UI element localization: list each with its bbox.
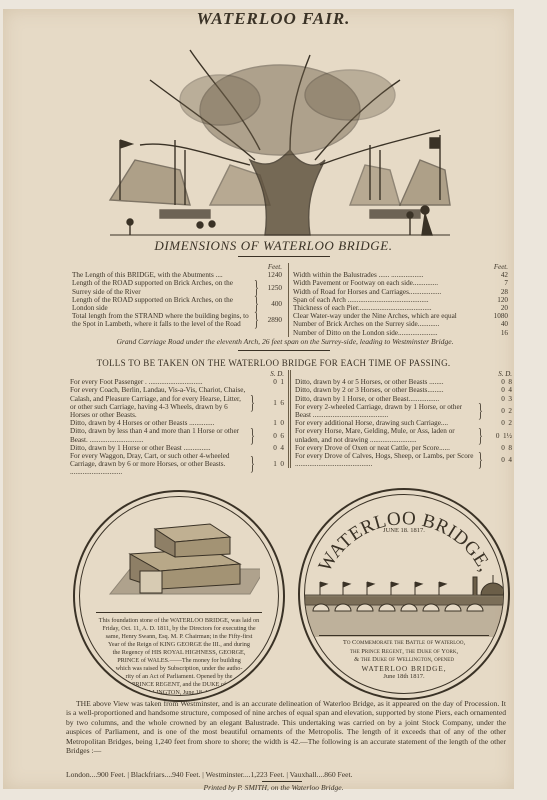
feet-column-header: Feet.: [293, 263, 508, 271]
dimension-row: Length of the ROAD supported on Brick Ar…: [72, 296, 282, 312]
dimension-row: Thickness of each Pier..................…: [293, 304, 508, 312]
dimension-row: Width within the Balustrades ...... ....…: [293, 271, 508, 279]
dimension-row: Total length from the STRAND where the b…: [72, 312, 282, 328]
bridge-lengths-line: London....900 Feet. | Blackfriars....940…: [66, 770, 506, 779]
section-rule: [238, 350, 330, 351]
dimension-row: The Length of this BRIDGE, with the Abut…: [72, 271, 282, 279]
footer-rule: [262, 781, 302, 782]
svg-text:WATERLOO BRIDGE,: WATERLOO BRIDGE,: [315, 508, 496, 575]
brace: }: [478, 403, 482, 419]
toll-row: Ditto, drawn by less than 4 and more tha…: [70, 427, 284, 443]
dimension-row: Number of Brick Arches on the Surrey sid…: [293, 320, 508, 328]
toll-row: For every 2-wheeled Carriage, drawn by 1…: [295, 403, 512, 419]
printer-imprint: Printed by P. SMITH, on the Waterloo Bri…: [0, 783, 547, 792]
dimension-row: Width Pavement or Footway on each side..…: [293, 279, 508, 287]
feet-column-header: Feet.: [72, 263, 282, 271]
medal-inner-ring: WATERLOO BRIDGE, JUNE 18. 1817.: [304, 494, 504, 694]
heading-rule: [238, 256, 330, 257]
carriage-road-note: Grand Carriage Road under the eleventh A…: [60, 337, 510, 346]
dimensions-heading: DIMENSIONS OF WATERLOO BRIDGE.: [0, 238, 547, 254]
sd-column-header: S. D.: [70, 370, 284, 378]
toll-row: Ditto, drawn by 2 or 3 Horses, or other …: [295, 386, 512, 394]
tolls-left-column: S. D. For every Foot Passenger . .......…: [70, 370, 284, 477]
dimension-row: Span of each Arch ......................…: [293, 296, 508, 304]
brace: }: [478, 452, 482, 468]
brace: }: [478, 428, 482, 444]
toll-row: For every Horse, Mare, Gelding, Mule, or…: [295, 427, 512, 443]
brace: }: [250, 395, 254, 411]
dimension-row: Clear Water-way under the Nine Arches, w…: [293, 312, 508, 320]
toll-row: Ditto, drawn by 4 or 5 Horses, or other …: [295, 378, 512, 386]
toll-row: For every Foot Passenger . .............…: [70, 378, 284, 386]
dimensions-right-column: Feet. Width within the Balustrades .....…: [288, 263, 508, 337]
tolls-heading: TOLLS TO BE TAKEN ON THE WATERLOO BRIDGE…: [0, 358, 547, 368]
brace: }: [250, 456, 254, 472]
medal-inner-ring: This foundation stone of the WATERLOO BR…: [79, 496, 279, 696]
sd-column-header: S. D.: [295, 370, 512, 378]
medal-date: JUNE 18. 1817.: [305, 527, 503, 534]
dimension-row: Number of Ditto on the London side......…: [293, 329, 508, 337]
brace: }: [250, 428, 254, 444]
foundation-stone-medal: This foundation stone of the WATERLOO BR…: [73, 490, 285, 702]
page-title: WATERLOO FAIR.: [0, 9, 547, 29]
foundation-inscription: This foundation stone of the WATERLOO BR…: [96, 612, 262, 696]
toll-row: For every Drove of Calves, Hogs, Sheep, …: [295, 452, 512, 468]
description-paragraph: THE above View was taken from Westminste…: [66, 699, 506, 755]
dimension-row: Length of the ROAD supported on Brick Ar…: [72, 279, 282, 295]
fair-tree-engraving: [100, 40, 460, 240]
toll-row: For every Waggon, Dray, Cart, or such ot…: [70, 452, 284, 477]
bridge-engraving: [305, 567, 504, 637]
foundation-stone-engraving: [100, 509, 260, 604]
commemoration-medal: WATERLOO BRIDGE, JUNE 18. 1817.: [298, 488, 510, 700]
brace: }: [254, 312, 258, 328]
dimensions-left-column: Feet. The Length of this BRIDGE, with th…: [72, 263, 282, 329]
toll-row: For every Coach, Berlin, Landau, Vis-a-V…: [70, 386, 284, 419]
commemoration-inscription: To Commemorate the Battle of Waterloo, t…: [319, 635, 489, 682]
tolls-right-column: S. D. Ditto, drawn by 4 or 5 Horses, or …: [288, 370, 512, 468]
dimension-row: Width of Road for Horses and Carriages..…: [293, 288, 508, 296]
